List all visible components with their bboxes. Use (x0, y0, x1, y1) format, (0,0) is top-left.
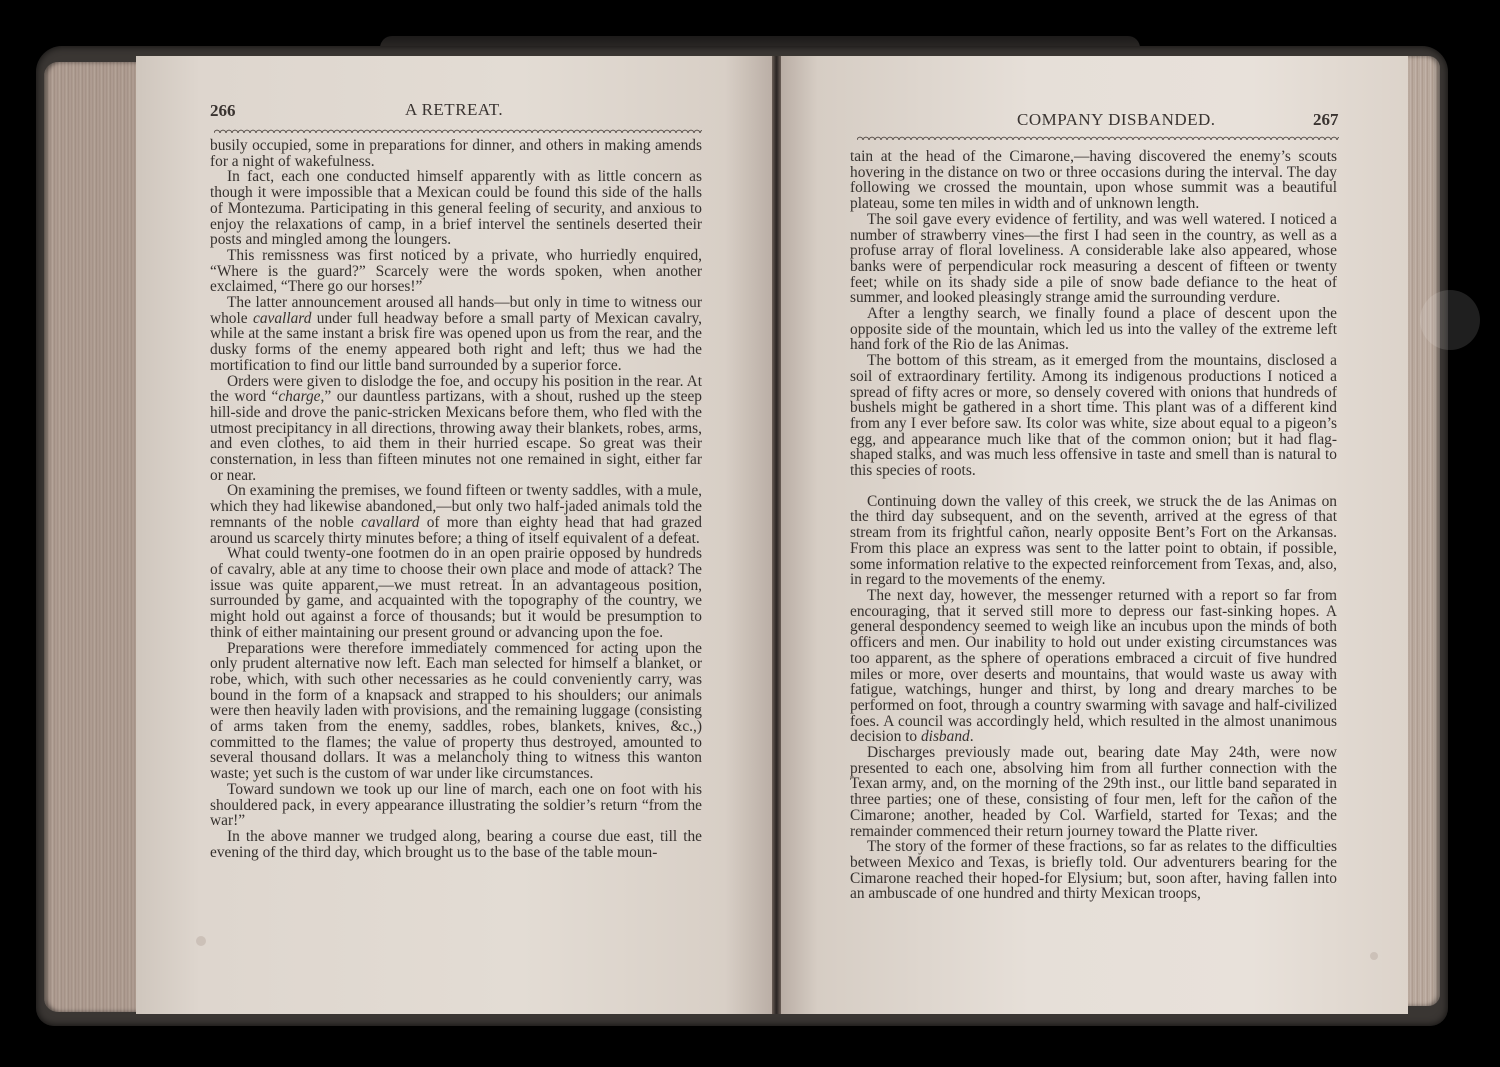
paragraph: The next day, however, the messenger ret… (850, 588, 1337, 745)
paragraph: Preparations were therefore immediately … (210, 641, 702, 782)
paragraph: What could twenty-one footmen do in an o… (210, 546, 702, 640)
paragraph: Toward sundown we took up our line of ma… (210, 782, 702, 829)
right-page-number: 267 (1313, 110, 1339, 130)
paragraph: tain at the head of the Cimarone,—having… (850, 149, 1337, 212)
paper-glare (1420, 290, 1480, 350)
paragraph: Orders were given to dislodge the foe, a… (210, 374, 702, 484)
paper-stain (196, 936, 206, 946)
left-header-rule (214, 127, 702, 133)
paper-stain (1370, 952, 1378, 960)
paragraph: The soil gave every evidence of fertilit… (850, 212, 1337, 306)
left-page-edges (44, 62, 140, 1012)
paragraph: busily occupied, some in preparations fo… (210, 138, 702, 169)
book-scan: 266 A RETREAT. COMPANY DISBANDED. 267 bu… (0, 0, 1500, 1067)
left-page-body: busily occupied, some in preparations fo… (210, 138, 702, 860)
right-running-head: COMPANY DISBANDED. (1017, 110, 1216, 130)
paragraph: In fact, each one conducted himself appa… (210, 169, 702, 248)
paragraph: This remissness was first noticed by a p… (210, 248, 702, 295)
left-running-head: A RETREAT. (405, 100, 503, 120)
right-page-edges (1404, 56, 1440, 1006)
paragraph: Continuing down the valley of this creek… (850, 494, 1337, 588)
paragraph: On examining the premises, we found fift… (210, 483, 702, 546)
paragraph: The story of the former of these fractio… (850, 839, 1337, 902)
right-header-rule (857, 134, 1339, 140)
right-page-body: tain at the head of the Cimarone,—having… (850, 149, 1337, 902)
paragraph: In the above manner we trudged along, be… (210, 829, 702, 860)
book-gutter (772, 56, 781, 1014)
paragraph: The latter announcement aroused all hand… (210, 295, 702, 374)
paragraph: The bottom of this stream, as it emerged… (850, 353, 1337, 479)
left-page-number: 266 (210, 101, 236, 121)
paragraph: After a lengthy search, we finally found… (850, 306, 1337, 353)
paragraph: Discharges previously made out, bearing … (850, 745, 1337, 839)
